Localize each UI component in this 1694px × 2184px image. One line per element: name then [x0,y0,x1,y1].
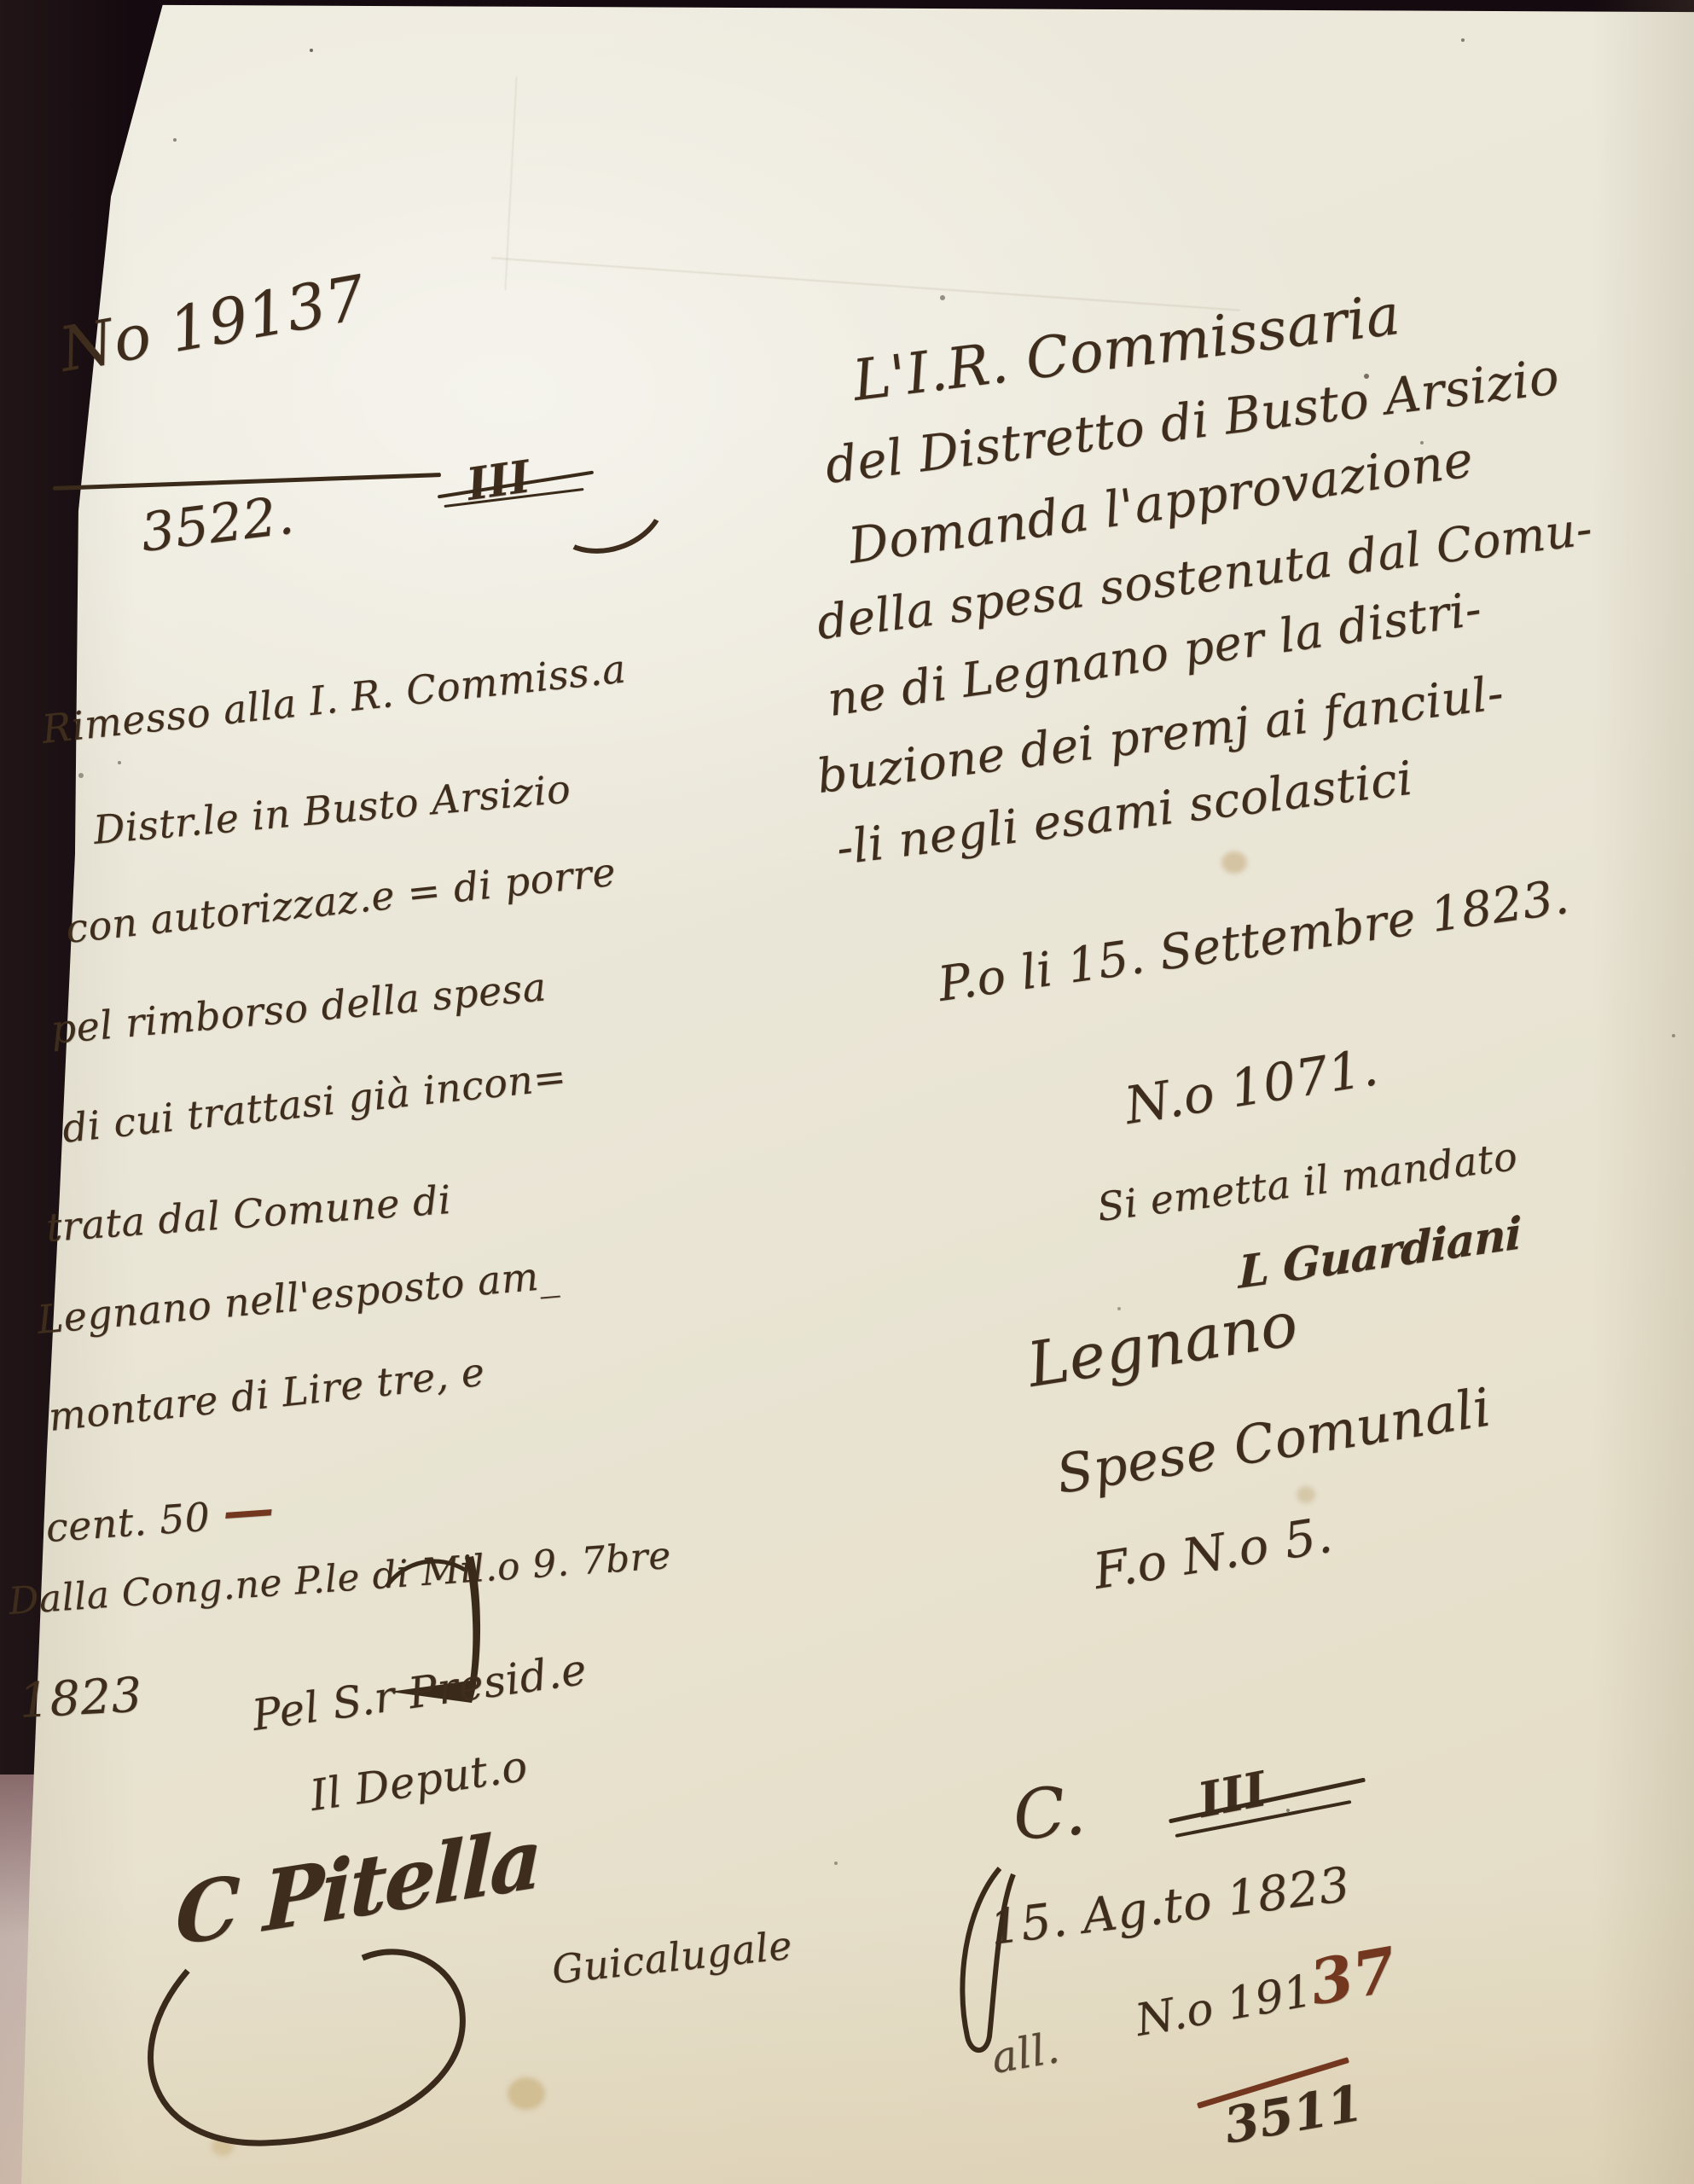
footer-c-mark: C. [1010,1770,1089,1856]
signature-flourish [128,1920,503,2175]
paper-stain [508,2077,545,2110]
footer-number-emph: 37 [1304,1932,1401,2018]
paper-stain [1297,1486,1315,1503]
photograph-of-document: { "meta": { "document_type": "Handwritte… [0,0,1694,2184]
paper-stain [1221,851,1247,874]
left-note-cents: cent. 50 [44,1494,212,1551]
left-dateline-year: 1823 [18,1668,144,1729]
dust-speckles [310,49,313,52]
cents-dash: — [221,1478,276,1542]
